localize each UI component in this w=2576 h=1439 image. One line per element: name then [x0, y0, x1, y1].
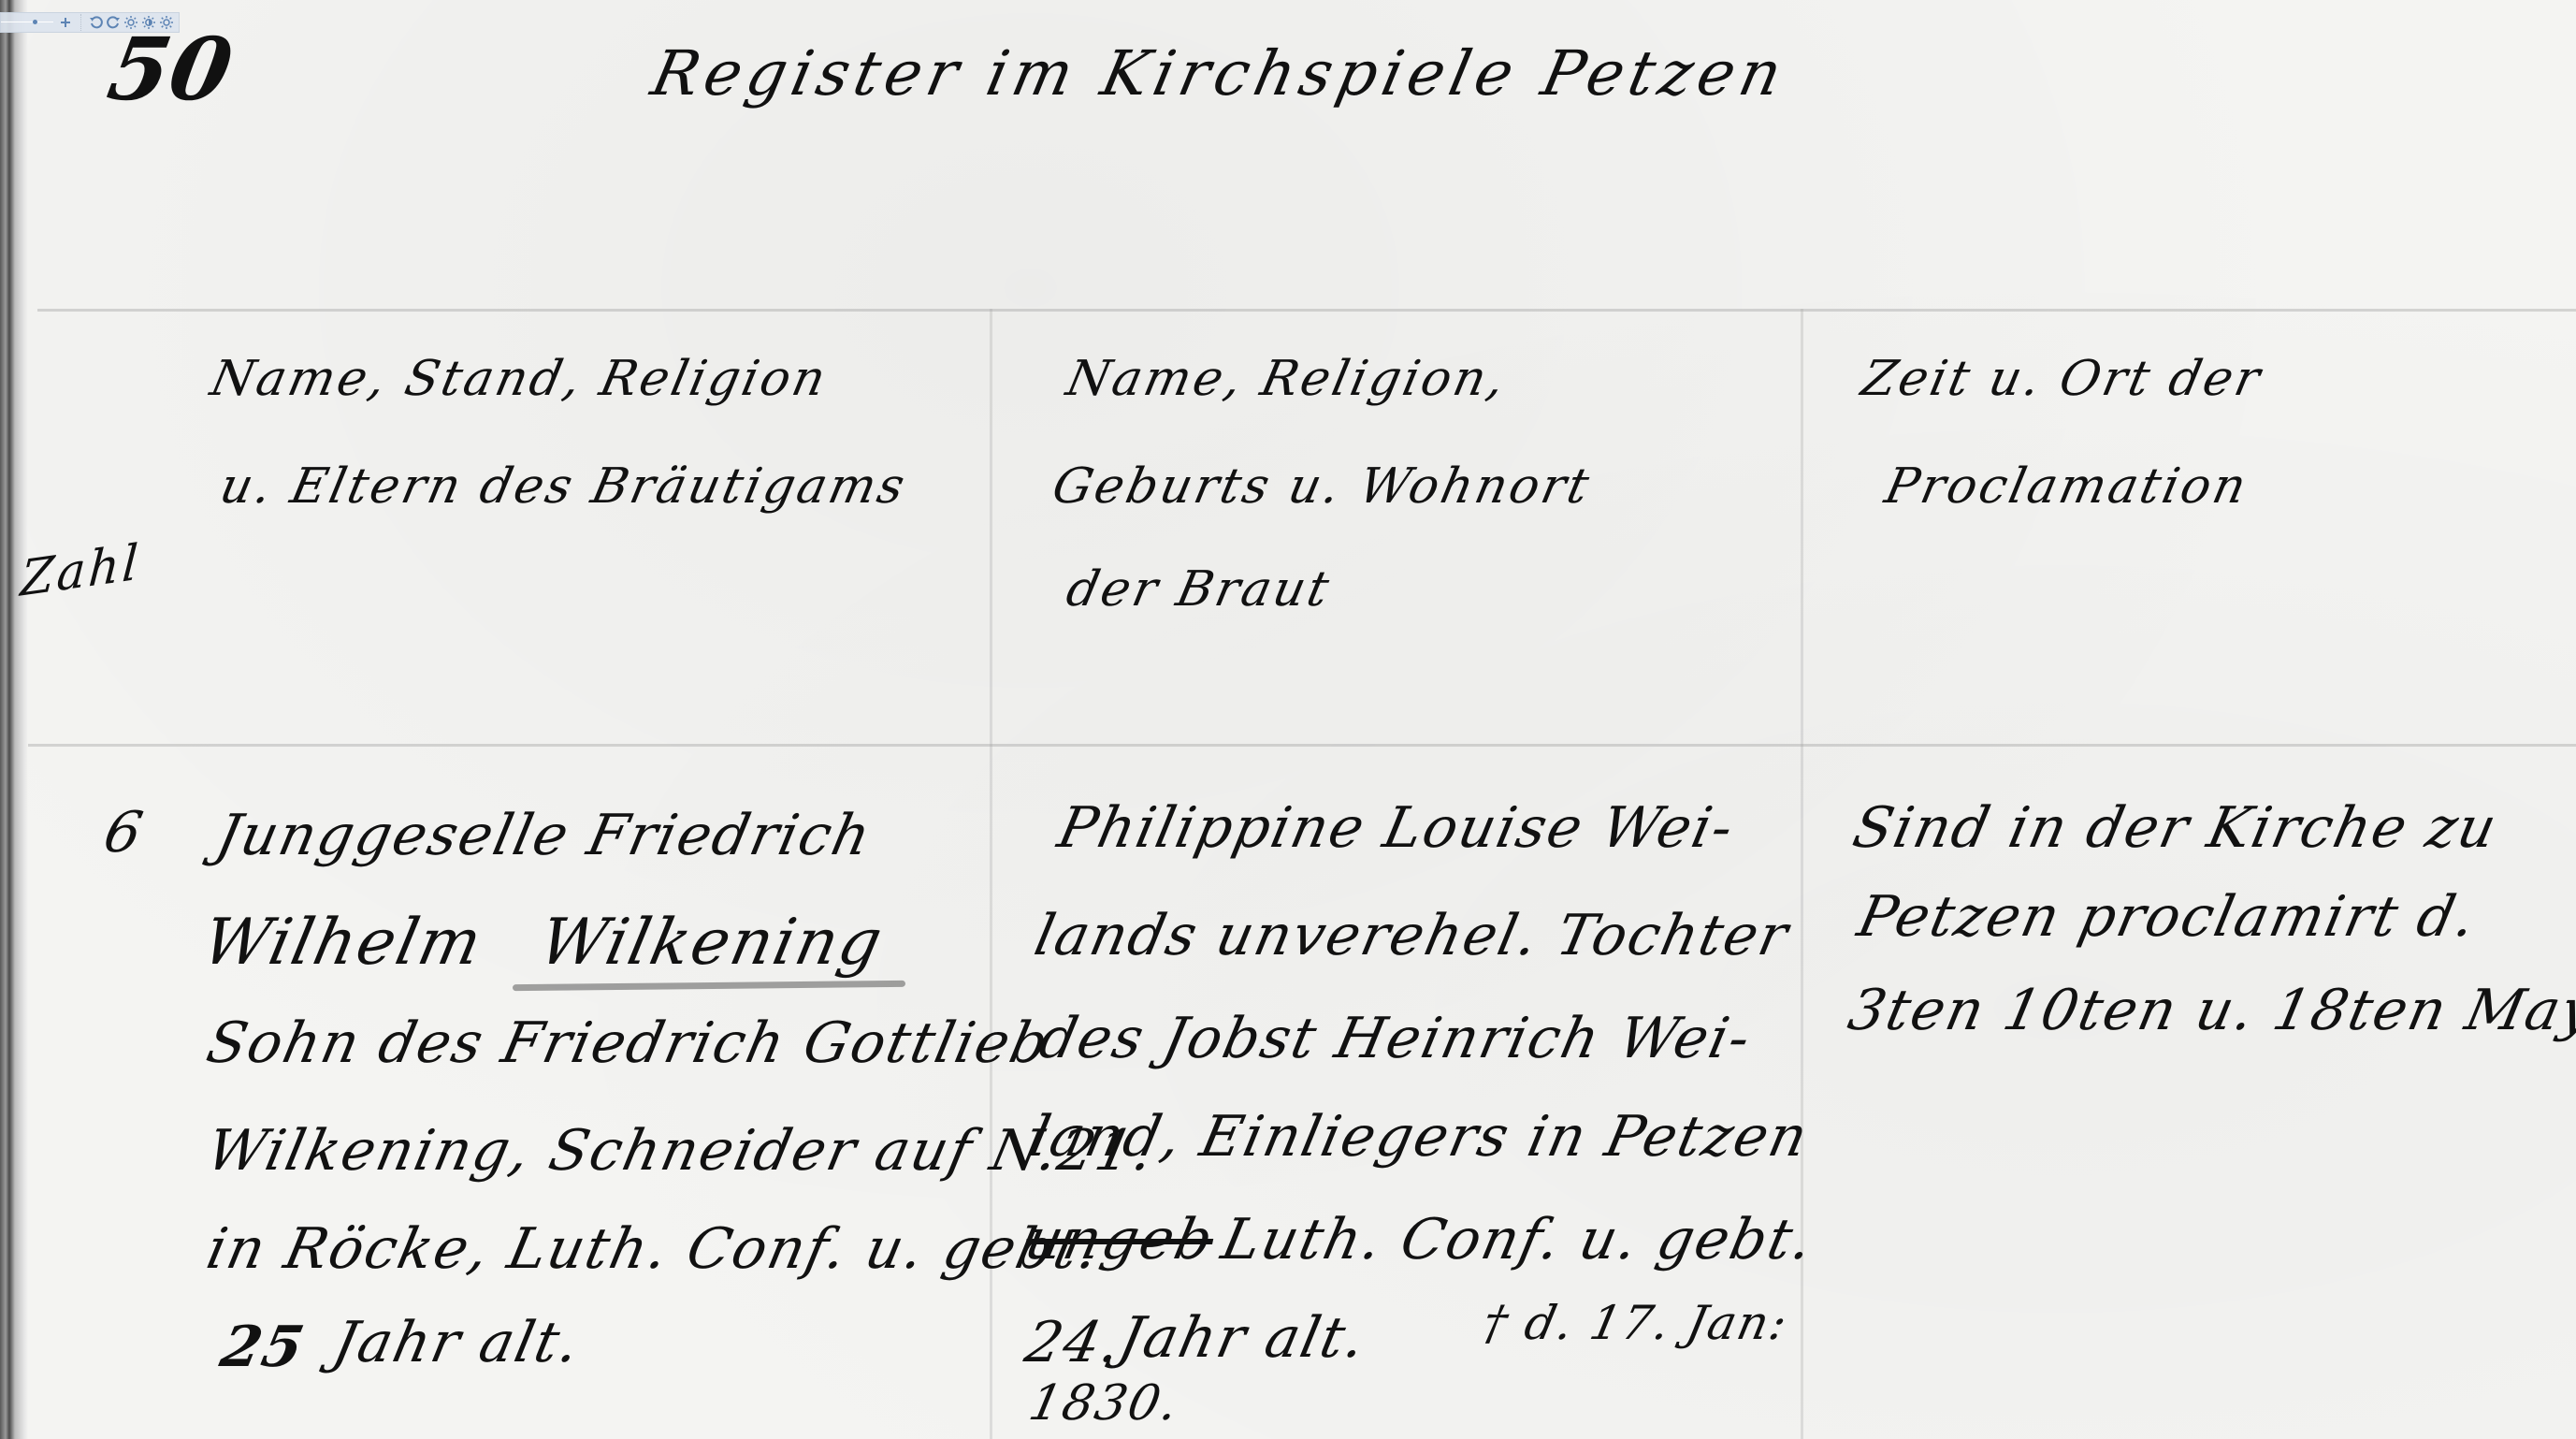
book-binding-shadow [0, 0, 28, 1439]
plus-icon [60, 17, 71, 28]
zoom-slider-track[interactable] [1, 22, 53, 22]
brightness-up-button[interactable] [157, 12, 175, 33]
bride-line5: Luth. Conf. u. gebt. [1216, 1207, 1819, 1272]
number-column-label: Zahl [19, 534, 142, 608]
proclamation-line1: Sind in der Kirche zu [1847, 795, 2504, 861]
bride-line4: land, Einliegers in Petzen [1024, 1104, 1815, 1170]
toolbar-separator [80, 14, 82, 31]
proclamation-line2: Petzen proclamirt d. [1852, 884, 2482, 950]
rotate-left-button[interactable] [88, 12, 105, 33]
contrast-icon [142, 16, 155, 29]
header-top-rule [37, 309, 2576, 312]
page-title: Register im Kirchspiele Petzen [645, 37, 1793, 109]
image-viewer-toolbar [0, 12, 180, 33]
groom-age: 25 [215, 1315, 311, 1380]
header-bottom-rule [28, 744, 2576, 747]
header-proclamation-line2: Proclamation [1880, 458, 2253, 515]
bride-line3: des Jobst Heinrich Wei- [1034, 1006, 1758, 1071]
bride-death-year: 1830. [1024, 1375, 1185, 1432]
header-groom-line1: Name, Stand, Religion [206, 351, 833, 407]
bride-death-note: † d. 17. Jan: [1478, 1296, 1793, 1350]
bride-line1: Philippine Louise Wei- [1052, 795, 1741, 861]
rotate-left-icon [89, 15, 104, 30]
header-bride-line1: Name, Religion, [1062, 351, 1512, 407]
zoom-slider[interactable] [1, 12, 53, 33]
rotate-right-icon [106, 15, 121, 30]
brightness-up-icon [160, 16, 173, 29]
bride-struck-word: ungeb [1020, 1207, 1220, 1272]
bride-age: 24. [1020, 1310, 1128, 1375]
rotate-right-button[interactable] [105, 12, 122, 33]
groom-line2-given: Wilhelm [196, 906, 489, 980]
zoom-slider-knob[interactable] [33, 20, 37, 24]
groom-line5: in Röcke, Luth. Conf. u. gebt. [201, 1216, 1106, 1282]
brightness-down-icon [124, 16, 137, 29]
groom-surname: Wilkening [533, 906, 890, 980]
groom-line6: Jahr alt. [327, 1310, 586, 1375]
surname-highlight-underline [513, 981, 905, 991]
contrast-button[interactable] [139, 12, 157, 33]
groom-line1: Junggeselle Friedrich [210, 803, 877, 868]
manuscript-page: 50 Register im Kirchspiele Petzen Zahl N… [0, 0, 2576, 1439]
groom-line4: Wilkening, Schneider auf N.21. [201, 1118, 1161, 1184]
header-groom-line2: u. Eltern des Bräutigams [215, 458, 912, 515]
brightness-down-button[interactable] [122, 12, 139, 33]
zoom-in-button[interactable] [56, 12, 75, 33]
header-bride-line3: der Braut [1062, 561, 1337, 618]
entry-number: 6 [98, 800, 150, 865]
header-proclamation-line1: Zeit u. Ort der [1857, 351, 2267, 407]
groom-line3: Sohn des Friedrich Gottlieb [201, 1010, 1055, 1076]
header-bride-line2: Geburts u. Wohnort [1048, 458, 1597, 515]
proclamation-line3: 3ten 10ten u. 18ten May [1843, 978, 2576, 1043]
bride-line2: lands unverehel. Tochter [1029, 903, 1795, 968]
bride-line6: Jahr alt. [1113, 1305, 1372, 1371]
page-number: 50 [101, 19, 240, 120]
